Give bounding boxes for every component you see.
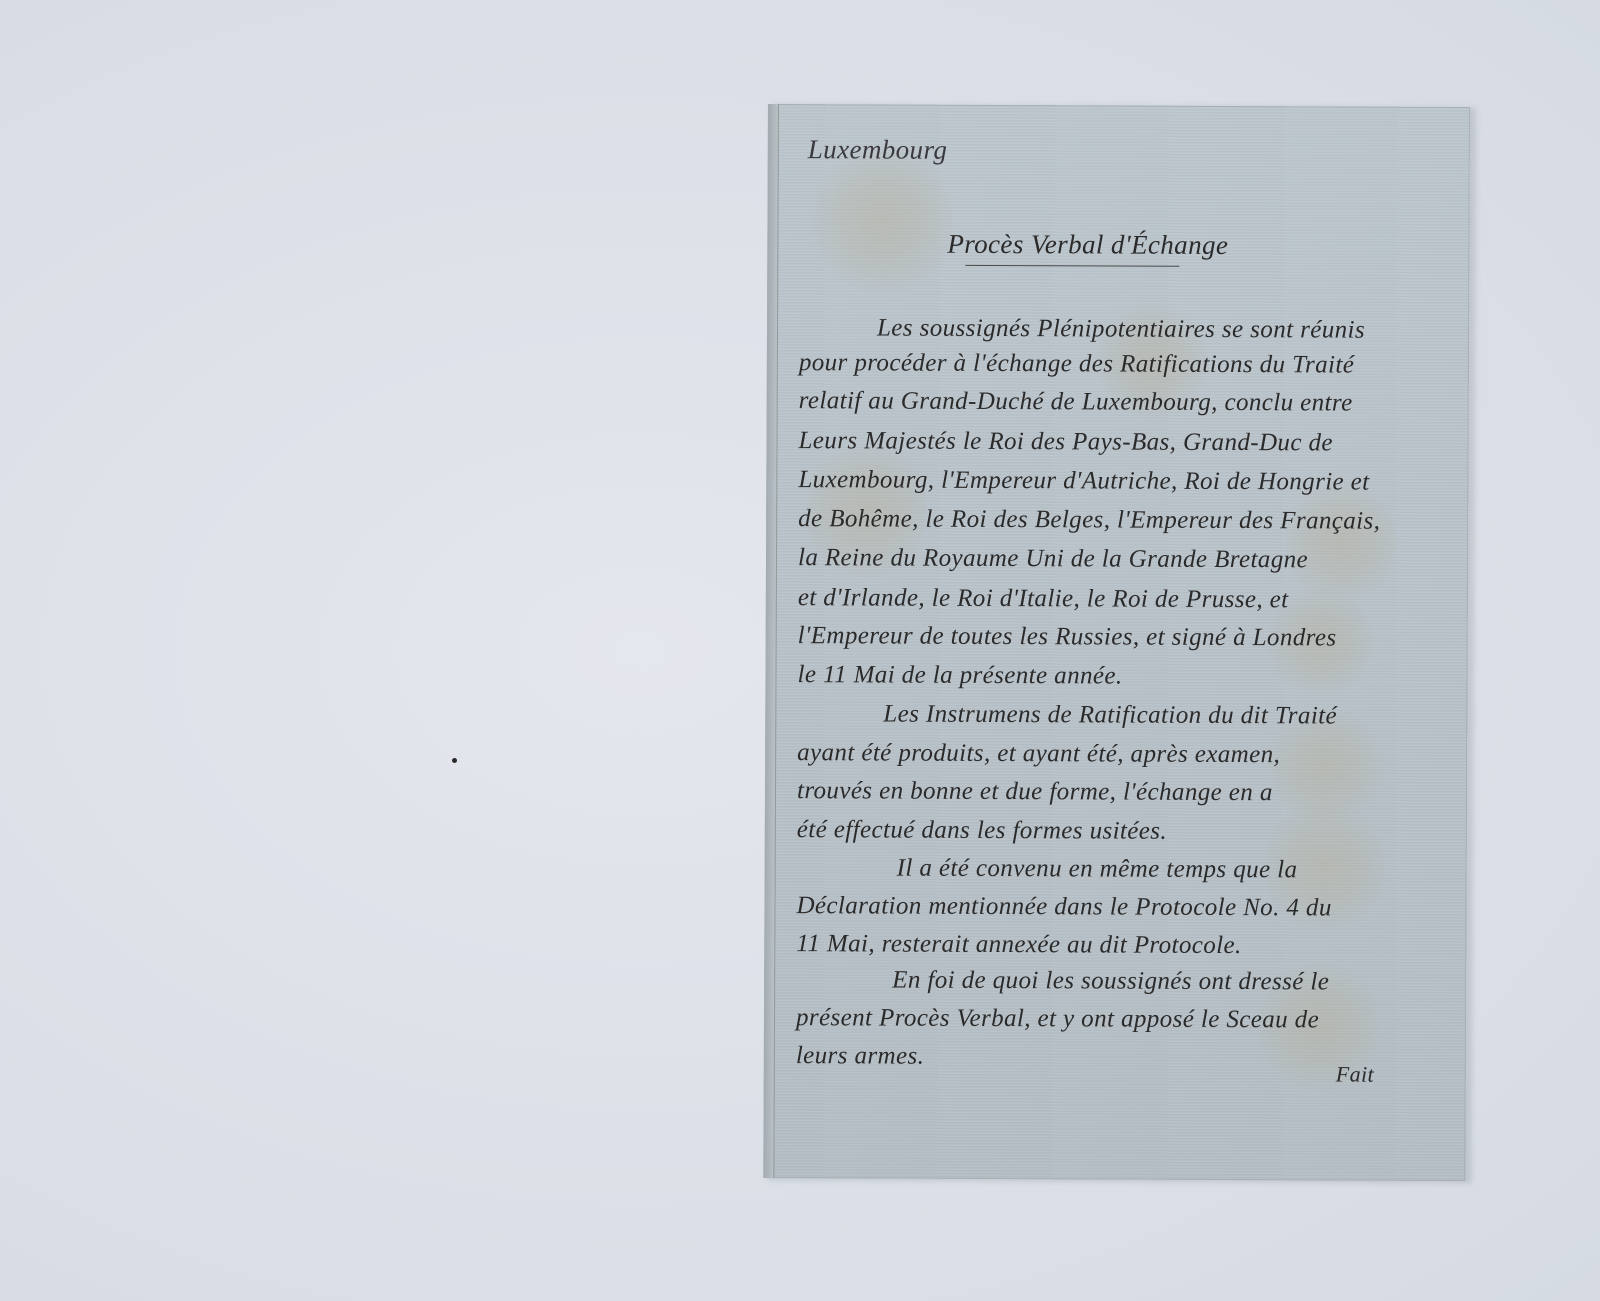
manuscript-line: été effectué dans les formes usitées. [797,816,1167,846]
manuscript-line: Leurs Majestés le Roi des Pays-Bas, Gran… [798,427,1333,457]
manuscript-line: Il a été convenu en même temps que la [897,855,1298,885]
manuscript-page: Luxembourg Procès Verbal d'Échange Les s… [763,104,1470,1181]
manuscript-line: le 11 Mai de la présente année. [797,661,1122,690]
manuscript-line: et d'Irlande, le Roi d'Italie, le Roi de… [798,584,1289,614]
manuscript-line: 11 Mai, resterait annexée au dit Protoco… [796,930,1241,960]
manuscript-line: Déclaration mentionnée dans le Protocole… [796,892,1331,922]
water-stain [807,144,958,295]
archive-label: Luxembourg [808,134,948,166]
manuscript-line: relatif au Grand-Duché de Luxembourg, co… [799,387,1353,417]
closing-word: Fait [1336,1061,1374,1087]
title-underline [965,265,1179,267]
manuscript-line: Luxembourg, l'Empereur d'Autriche, Roi d… [798,466,1369,496]
manuscript-line: trouvés en bonne et due forme, l'échange… [797,777,1273,807]
manuscript-line: pour procéder à l'échange des Ratificati… [799,349,1355,379]
document-title: Procès Verbal d'Échange [947,229,1228,261]
manuscript-line: Les Instrumens de Ratification du dit Tr… [883,701,1337,731]
manuscript-line: l'Empereur de toutes les Russies, et sig… [798,622,1337,652]
manuscript-line: ayant été produits, et ayant été, après … [797,739,1280,769]
manuscript-line: la Reine du Royaume Uni de la Grande Bre… [798,544,1308,574]
dust-speck [452,758,457,763]
manuscript-line: leurs armes. [796,1042,925,1071]
manuscript-line: de Bohême, le Roi des Belges, l'Empereur… [798,505,1380,536]
manuscript-line: présent Procès Verbal, et y ont apposé l… [796,1004,1319,1034]
manuscript-line: En foi de quoi les soussignés ont dressé… [892,967,1329,997]
manuscript-line: Les soussignés Plénipotentiaires se sont… [877,314,1365,344]
